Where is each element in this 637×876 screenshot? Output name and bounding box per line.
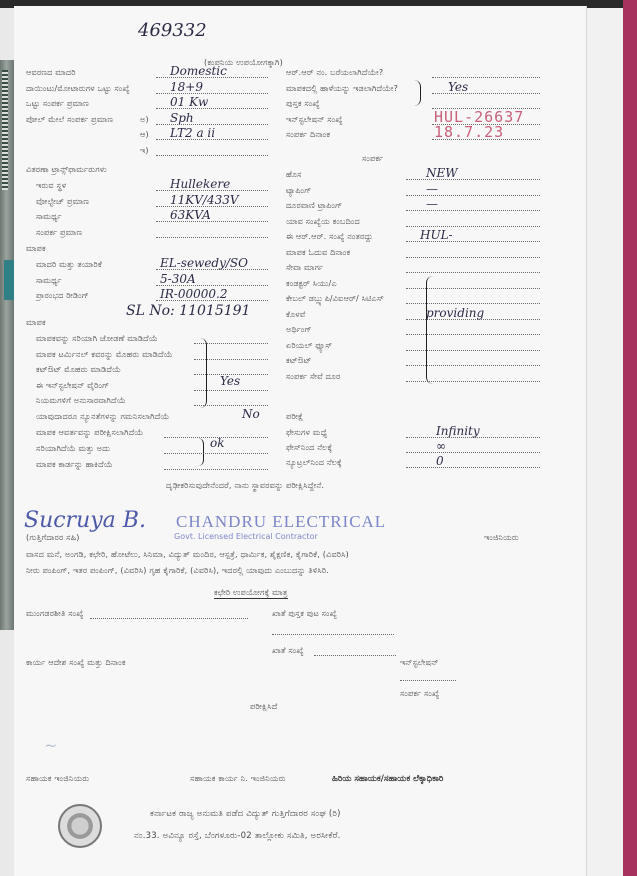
connection-field-9-label: ಕೊಳವೆ — [286, 310, 305, 320]
transformer-field-0-value: Hullekere — [170, 177, 230, 191]
ledger-page-field[interactable] — [272, 634, 394, 635]
connection-field-7-label: ಕಂಡಕ್ಟರ್ ಸಿಯು/ಎ — [286, 279, 337, 289]
check-item-1-label: ಮಾಪಕ ಟರ್ಮಿನಲ್ ಕವರನ್ನು ಮೊಹರು ಮಾಡಿದೆಯೆ — [36, 350, 173, 360]
check-item-2-label: ಕಟ್‌ಔಟ್ ಮೊಹರು ಮಾಡಿದೆಯೆ — [36, 365, 121, 375]
meter-field-0-value: EL-sewedy/SO — [160, 256, 248, 270]
transformer-field-2-label: ಸಾಮರ್ಥ್ಯ — [36, 212, 62, 222]
connection-field-6-field[interactable] — [406, 272, 540, 273]
right-field-0-field[interactable] — [432, 77, 540, 78]
left-field-0-value: Domestic — [170, 64, 227, 78]
assistant-engineer-label: ಸಹಾಯಕ ಇಂಜಿನಿಯರು — [26, 774, 89, 784]
category-line-1: ವಾಸದ ಮನೆ, ಅಂಗಡಿ, ಕಛೇರಿ, ಹೋಟೆಲು, ಸಿನಿಮಾ, … — [26, 550, 349, 560]
left-field-3-label: ಪೋಲ್ ಮೇಲೆ ಸಂಪರ್ಕ ಪ್ರಮಾಣ — [26, 115, 113, 125]
defects-value: No — [242, 407, 260, 421]
brace-mark — [198, 438, 204, 466]
check-item-4-label: ನಿಯಮಗಳಿಗೆ ಅನುಸಾರವಾಗಿದೆಯೆ — [36, 396, 126, 406]
scan-background-page-edge — [582, 8, 623, 876]
engineer-label: ಇಂಜಿನಿಯರು — [484, 533, 519, 543]
connection-field-13-field[interactable] — [406, 381, 540, 382]
brace-mark — [414, 80, 421, 106]
left-field-4-value: LT2 a ii — [170, 126, 215, 140]
rotation-item-0-label: ಮಾಪಕ ಆವರ್ತವನ್ನು ಪರೀಕ್ಷಿಸಲಾಗಿದೆಯೆ — [36, 428, 144, 438]
check-item-0-field[interactable] — [194, 343, 268, 344]
account-number-field[interactable] — [314, 655, 396, 656]
rotation-item-1-label: ಸರಿಯಾಗಿದೆಯೆ ಮತ್ತು ಅದು — [36, 444, 110, 454]
brace-mark — [200, 338, 207, 408]
meter-field-0-label: ಮಾದರಿ ಮತ್ತು ತಯಾರಿಕೆ — [36, 260, 102, 270]
connection-field-12-field[interactable] — [406, 365, 540, 366]
left-field-3-value: Sph — [170, 111, 194, 125]
scan-background-magenta — [623, 0, 637, 876]
form-number: 469332 — [138, 20, 207, 41]
inspected-label: ಪರೀಕ್ಷಿಸಿದೆ — [250, 702, 277, 712]
connection-field-1-label: ಟ್ಯಾಪಿಂಗ್ — [286, 186, 311, 196]
footer-association: ಕರ್ನಾಟಕ ರಾಜ್ಯ ಅನುಮತಿ ಪಡೆದ ವಿದ್ಯುತ್ ಗುತ್ತ… — [150, 809, 341, 819]
transformer-field-1-label: ವೋಲ್ಟೇಜ್ ಪ್ರಮಾಣ — [36, 197, 89, 207]
right-field-2-label: ಪುಸ್ತಕ ಸಂಖ್ಯೆ — [286, 99, 320, 109]
connection-field-0-value: NEW — [426, 166, 458, 180]
inspection-form-page: 469332 (ಕಂಪನಿಯ ಉಪಯೋಗಕ್ಕಾಗಿ) ದೃಢೀಕರಿಸುವುದ… — [14, 6, 586, 876]
connection-field-12-label: ಕಟ್‌ಔಟ್ — [286, 356, 312, 366]
association-logo-icon — [58, 804, 102, 848]
connection-field-5-field[interactable] — [406, 257, 540, 258]
connection-field-10-field[interactable] — [406, 334, 540, 335]
contractor-signature: Sucruya B. — [24, 508, 146, 533]
connection-field-11-label: ಏರಿಯಲ್ ಫ್ಯೂಸ್ — [286, 341, 332, 351]
connection-field-4-value: HUL- — [420, 228, 453, 242]
contractor-sign-label: (ಗುತ್ತಿಗೆದಾರರ ಸಹಿ) — [26, 533, 80, 543]
brace-mark — [426, 276, 433, 384]
meter-heading-label: ಮಾಪಕ — [26, 244, 46, 254]
test-field-2-label: ನ್ಯೂಟ್ರಲ್‌ನಿಂದ ನೆಲಕ್ಕೆ — [286, 458, 342, 468]
assistant-exec-engineer-label: ಸಹಾಯಕ ಕಾರ್ಯ ನಿ. ಇಂಜಿನಿಯರು — [190, 774, 286, 784]
installation-label: ಇನ್‌ಸ್ಟಲೇಷನ್ — [400, 658, 439, 668]
test-field-0-value: Infinity — [436, 424, 480, 438]
connection-field-6-label: ಸೇವಾ ಮಾರ್ಗ — [286, 263, 323, 273]
check-item-3-field[interactable] — [194, 390, 268, 391]
test-field-2-field[interactable] — [406, 467, 540, 468]
check-item-4-field[interactable] — [194, 405, 268, 406]
connection-field-13-label: ಸಂಪರ್ಕ ಸೇವೆ ದೂರ — [286, 372, 340, 382]
ledger-page-label: ಖಾತೆ ಪುಸ್ತಕ ಪುಟ ಸಂಖ್ಯೆ — [272, 609, 337, 619]
category-line-2: ನೀರು ಪಂಪಿಂಗ್, ಇತರ ಪಂಪಿಂಗ್, (ವಿವರಿಸಿ) ಗೃಹ… — [26, 566, 329, 576]
installation-field[interactable] — [400, 680, 456, 681]
test-heading-label: ಪರೀಕ್ಷೆ — [286, 412, 303, 422]
connection-field-3-field[interactable] — [406, 226, 540, 227]
right-field-4-label: ಸಂಪರ್ಕ ದಿನಾಂಕ — [286, 130, 330, 140]
faint-handwriting: ~ — [44, 736, 57, 755]
certification-text: ದೃಢೀಕರಿಸುವುದೇನೆಂದರೆ, ನಾನು ಸ್ಥಾವರವನ್ನು ಪರ… — [166, 481, 324, 491]
transformer-field-2-value: 63KVA — [170, 208, 211, 222]
meter-field-2-label: ಪ್ರಾರಂಭದ ರೀಡಿಂಗ್ — [36, 291, 89, 301]
account-number-label: ಖಾತೆ ಸಂಖ್ಯೆ — [272, 646, 304, 656]
transformer-field-3-field[interactable] — [156, 237, 268, 238]
test-field-1-label: ಫೇಸ್‌ನಿಂದ ನೆಲಕ್ಕೆ — [286, 443, 332, 453]
accounts-officer-label: ಹಿರಿಯ ಸಹಾಯಕ/ಸಹಾಯಕ ಲೆಕ್ಕಾಧಿಕಾರಿ — [332, 774, 443, 784]
connection-field-11-field[interactable] — [406, 350, 540, 351]
connection-field-8-label: ಕೇಬಲ್ ಡಬ್ಲ್ಯುಪಿ/ವಿಐಆರ್/ ಸಿಟಿಎಸ್ — [286, 294, 384, 304]
right-field-4-value: 18.7.23 — [434, 123, 504, 141]
checks-heading-label: ಮಾಪಕ — [26, 318, 46, 328]
meter-field-1-label: ಸಾಮರ್ಥ್ಯ — [36, 276, 62, 286]
rotation-value: ok — [210, 436, 225, 450]
footer-address: ನಂ.33. ಅವಿನ್ಯೂ ರಸ್ತೆ, ಬೆಂಗಳೂರು-02 ತಾಲ್ಲೋ… — [134, 831, 341, 841]
rotation-item-2-label: ಮಾಪಕ ಕಾರ್ಡನ್ನು ಹಾಕಿದೆಯೆ — [36, 460, 113, 470]
check-item-1-field[interactable] — [194, 359, 268, 360]
meter-field-1-value: 5-30A — [160, 272, 196, 286]
transformer-field-1-value: 11KV/433V — [170, 193, 239, 207]
connection-field-1-value: — — [426, 182, 438, 196]
contractor-stamp-name: CHANDRU ELECTRICAL — [176, 512, 386, 532]
connection-field-5-label: ಮಾಪಕ ಓದುವ ದಿನಾಂಕ — [286, 248, 350, 258]
right-field-1-label: ಮಾಪಕದಲ್ಲಿ ಹಾಳೆಯನ್ನು ಇಡಲಾಗಿದೆಯೇ? — [286, 84, 398, 94]
contractor-stamp-sub: Govt. Licensed Electrical Contractor — [174, 532, 318, 541]
connection-field-8-field[interactable] — [406, 303, 540, 304]
transformer-heading-label: ವಿತರಣಾ ಟ್ರಾನ್ಸ್‌ಫಾರ್ಮರುಗಳು — [26, 165, 107, 175]
connection-field-2-value: — — [426, 197, 438, 211]
right-field-0-label: ಆರ್.ಆರ್ ನಂ. ಬರೆಯಲಾಗಿದೆಯೇ? — [286, 68, 383, 78]
defects-label: ಯಾವುದಾದರೂ ನ್ಯೂನತೆಗಳನ್ನು ಗಮನಿಸಲಾಗಿದೆಯೆ — [36, 412, 170, 422]
left-field-sub-3: ಅ) — [140, 115, 149, 125]
office-use-title: ಕಛೇರಿ ಉಪಯೋಗಕ್ಕೆ ಮಾತ್ರ — [214, 588, 288, 599]
check-item-0-label: ಮಾಪಕವನ್ನು ಸರಿಯಾಗಿ ಜೋಡಣೆ ಮಾಡಿದೆಯೆ — [36, 334, 158, 344]
test-field-1-field[interactable] — [406, 452, 540, 453]
connection-field-4-label: ಈ ಆರ್.ಆರ್. ಸಂಖ್ಯೆ ನಂತರದ್ದು — [286, 232, 373, 242]
checks-group-value: Yes — [220, 374, 240, 388]
meter-field-2-value: IR-00000.2 — [160, 287, 227, 301]
transformer-field-3-label: ಸಂಪರ್ಕ ಪ್ರಮಾಣ — [36, 228, 82, 238]
connection-field-0-label: ಹೊಸ — [286, 170, 302, 180]
rotation-item-2-field[interactable] — [164, 469, 268, 470]
connection-field-10-label: ಅರ್ಥಿಂಗ್ — [286, 325, 312, 335]
test-field-0-label: ಫೇಸುಗಳ ಮಧ್ಯೆ — [286, 428, 327, 438]
transformer-field-0-label: ಇರುವ ಸ್ಥಳ — [36, 181, 66, 191]
connection-field-7-field[interactable] — [406, 288, 540, 289]
connection-field-9-value: providing — [426, 306, 484, 320]
receipt-number-field[interactable] — [90, 618, 248, 619]
test-field-2-value: 0 — [436, 454, 444, 468]
connection-number-label: ಸಂಪರ್ಕ ಸಂಖ್ಯೆ — [400, 689, 439, 699]
left-field-1-value: 18+9 — [170, 80, 203, 94]
connection-field-2-label: ದೂರವಾಣಿ ಟ್ರಾಪಿಂಗ್ — [286, 201, 342, 211]
left-field-5-field[interactable] — [156, 155, 268, 156]
left-field-sub-4: ಆ) — [140, 130, 149, 140]
left-field-2-label: ಒಟ್ಟು ಸಂಪರ್ಕ ಪ್ರಮಾಣ — [26, 99, 89, 109]
left-field-sub-5: ಇ) — [140, 146, 149, 156]
right-field-3-label: ಇನ್‌ಸ್ಟಲೇಷನ್ ಸಂಖ್ಯೆ — [286, 115, 343, 125]
meter-serial-number: SL No: 11015191 — [126, 303, 250, 319]
connection-field-3-label: ಯಾವ ಸಂಖ್ಯೆಯ ಕಂಬದಿಂದ — [286, 217, 360, 227]
left-field-2-value: 01 Kw — [170, 95, 208, 109]
test-field-1-value: ∞ — [436, 439, 446, 453]
check-item-3-label: ಈ ಇನ್‌ಸ್ಟಲೇಷನ್ ವೈರಿಂಗ್ — [36, 381, 109, 391]
receipt-number-label: ಮುಂಗಡರಶೀತಿ ಸಂಖ್ಯೆ — [26, 609, 84, 619]
left-field-1-label: ದಾಯಿಂಟು/ಮೋಟಾರುಗಳ ಒಟ್ಟು ಸಂಖ್ಯೆ — [26, 84, 130, 94]
work-order-label: ಕಾರ್ಯ ಆದೇಶ ಸಂಖ್ಯೆ ಮತ್ತು ದಿನಾಂಕ — [26, 658, 126, 668]
right-field-1-value: Yes — [448, 80, 468, 94]
rotation-item-1-field[interactable] — [164, 453, 268, 454]
left-field-0-label: ಆವರಣದ ಮಾದರಿ — [26, 68, 76, 78]
connection-heading-label: ಸಂಪರ್ಕ — [362, 154, 383, 164]
